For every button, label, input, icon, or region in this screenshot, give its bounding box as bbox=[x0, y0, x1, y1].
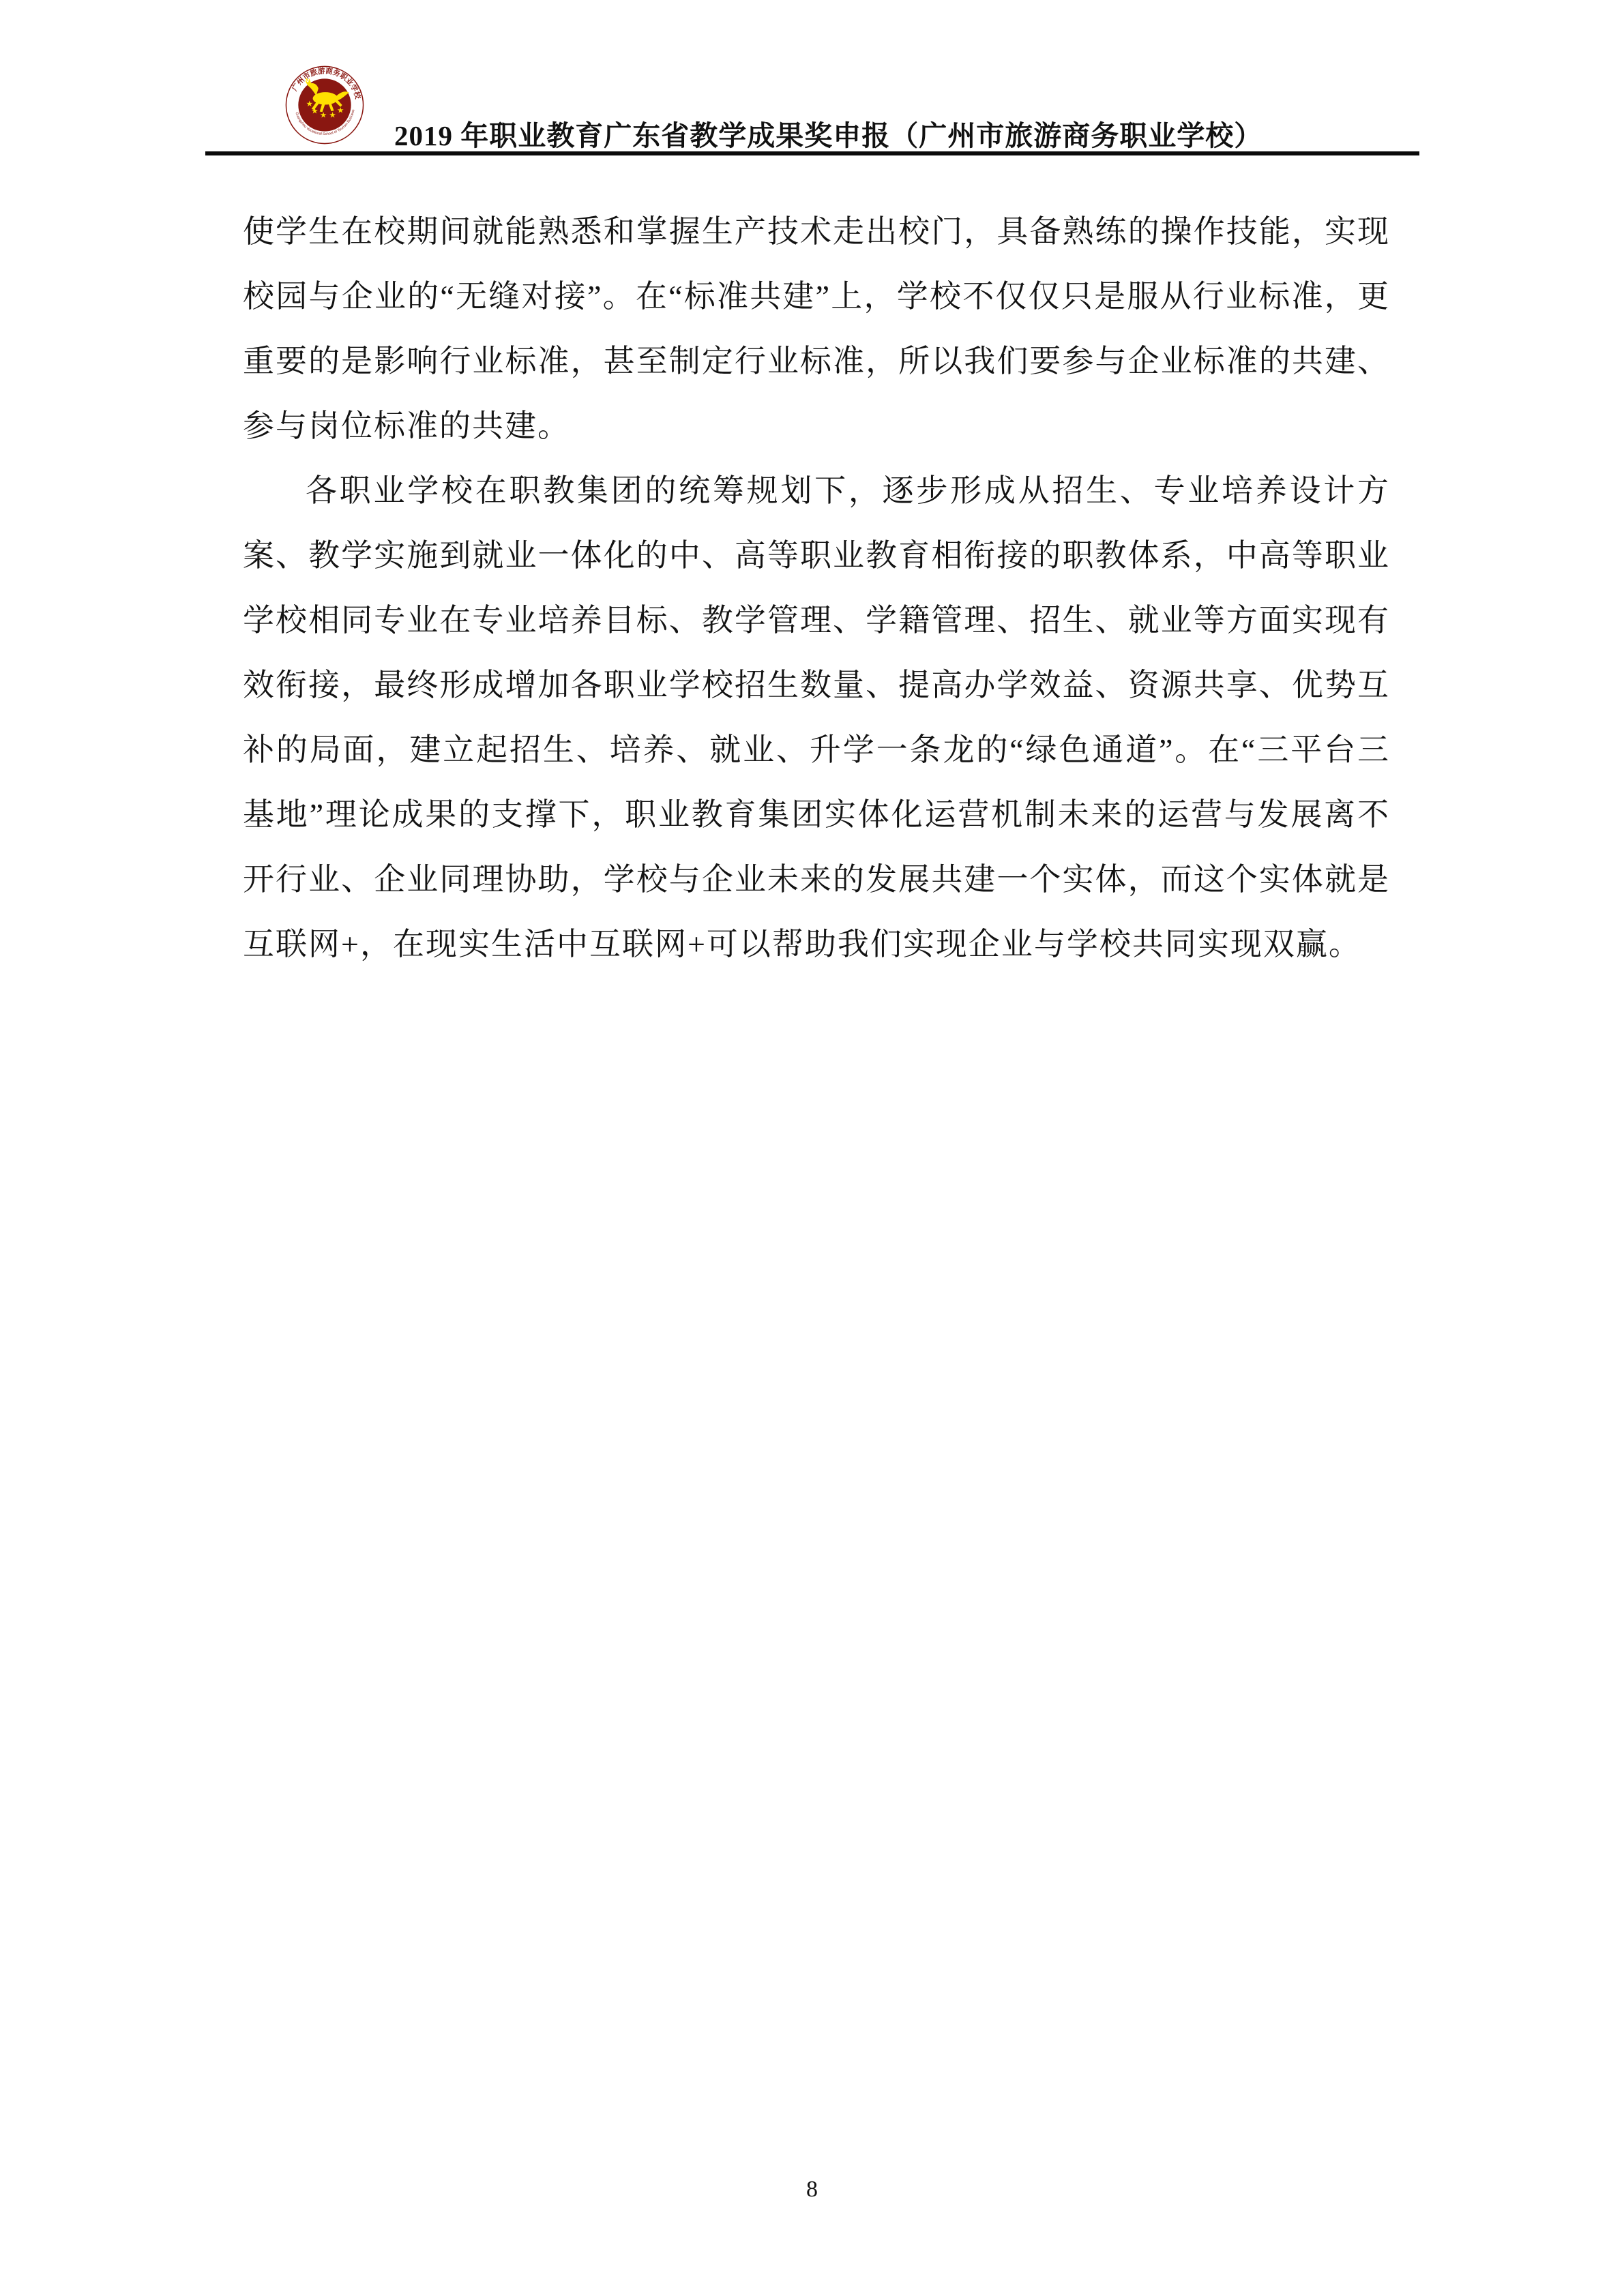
star-icon: ★ bbox=[311, 106, 318, 116]
body-paragraph: 使学生在校期间就能熟悉和掌握生产技术走出校门，具备熟练的操作技能，实现校园与企业… bbox=[243, 199, 1390, 458]
document-page: 广州市旅游商务职业学校 Guangzhou Vocational School … bbox=[0, 0, 1624, 2296]
star-icon: ★ bbox=[329, 110, 336, 119]
page-header: 广州市旅游商务职业学校 Guangzhou Vocational School … bbox=[0, 0, 1624, 164]
star-icon: ★ bbox=[320, 110, 327, 119]
document-header-title: 2019 年职业教育广东省教学成果奖申报（广州市旅游商务职业学校） bbox=[394, 113, 1417, 153]
document-body: 使学生在校期间就能熟悉和掌握生产技术走出校门，具备熟练的操作技能，实现校园与企业… bbox=[243, 199, 1390, 976]
school-seal-icon: 广州市旅游商务职业学校 Guangzhou Vocational School … bbox=[285, 65, 364, 145]
star-icon: ★ bbox=[337, 106, 344, 115]
body-paragraph: 各职业学校在职教集团的统筹规划下，逐步形成从招生、专业培养设计方案、教学实施到就… bbox=[243, 458, 1390, 976]
school-seal-logo: 广州市旅游商务职业学校 Guangzhou Vocational School … bbox=[285, 65, 364, 145]
page-number: 8 bbox=[0, 2177, 1624, 2203]
header-divider-rule bbox=[205, 151, 1419, 155]
